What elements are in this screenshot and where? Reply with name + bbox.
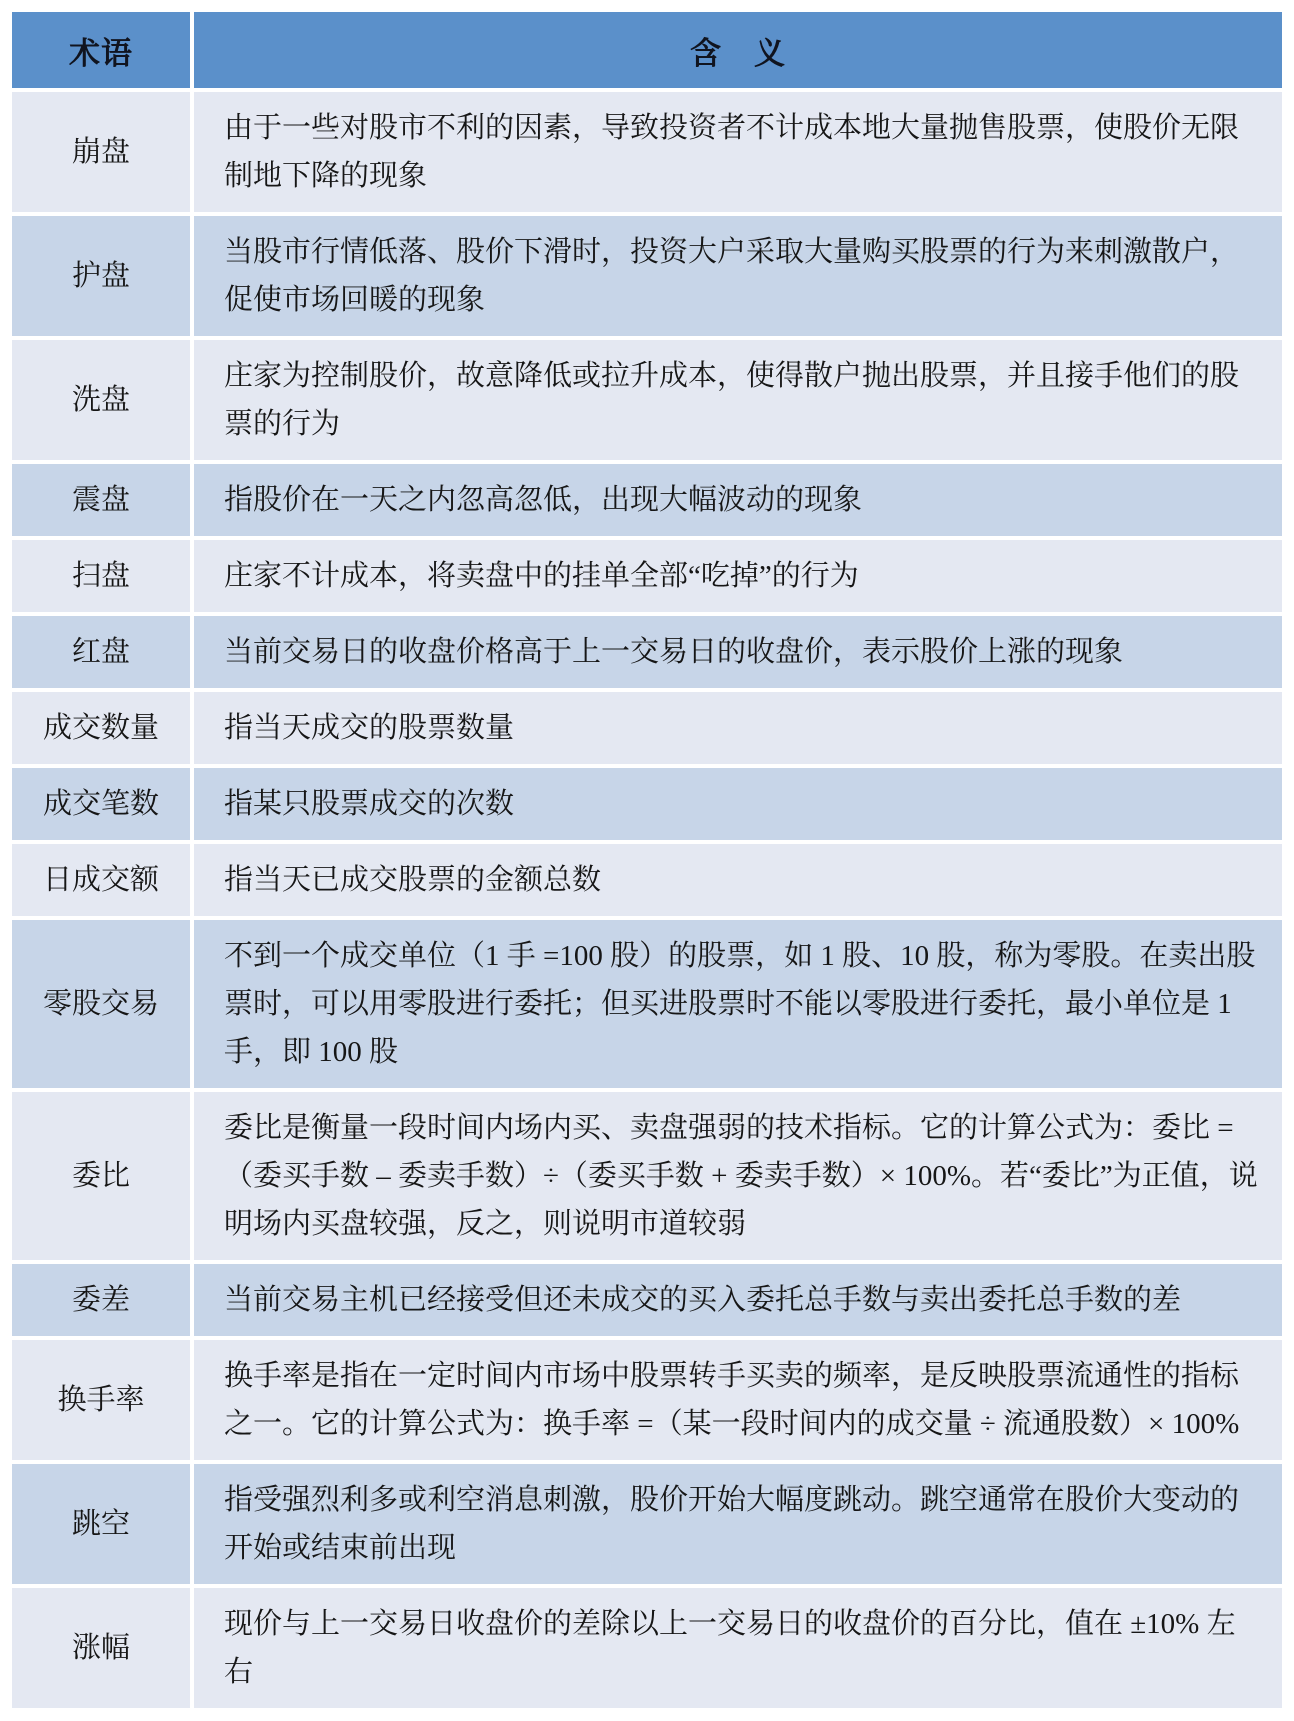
definition-cell: 当前交易主机已经接受但还未成交的买入委托总手数与卖出委托总手数的差 (194, 1264, 1282, 1336)
definition-cell: 由于一些对股市不利的因素，导致投资者不计成本地大量抛售股票，使股价无限制地下降的… (194, 92, 1282, 212)
term-cell: 日成交额 (12, 844, 190, 916)
header-term: 术语 (12, 12, 190, 88)
definition-cell: 庄家为控制股价，故意降低或拉升成本，使得散户抛出股票，并且接手他们的股票的行为 (194, 340, 1282, 460)
term-cell: 零股交易 (12, 920, 190, 1088)
definition-cell: 换手率是指在一定时间内市场中股票转手买卖的频率，是反映股票流通性的指标之一。它的… (194, 1340, 1282, 1460)
table-row: 委比 委比是衡量一段时间内场内买、卖盘强弱的技术指标。它的计算公式为：委比 =（… (12, 1092, 1282, 1260)
table-row: 换手率 换手率是指在一定时间内市场中股票转手买卖的频率，是反映股票流通性的指标之… (12, 1340, 1282, 1460)
term-cell: 委差 (12, 1264, 190, 1336)
definition-cell: 指股价在一天之内忽高忽低，出现大幅波动的现象 (194, 464, 1282, 536)
definition-cell: 庄家不计成本，将卖盘中的挂单全部“吃掉”的行为 (194, 540, 1282, 612)
term-cell: 成交笔数 (12, 768, 190, 840)
stock-terms-table: 术语 含 义 崩盘 由于一些对股市不利的因素，导致投资者不计成本地大量抛售股票，… (8, 8, 1286, 1712)
definition-cell: 指受强烈利多或利空消息刺激，股价开始大幅度跳动。跳空通常在股价大变动的开始或结束… (194, 1464, 1282, 1584)
page: 术语 含 义 崩盘 由于一些对股市不利的因素，导致投资者不计成本地大量抛售股票，… (0, 0, 1294, 1721)
table-header: 术语 含 义 (12, 12, 1282, 88)
term-cell: 崩盘 (12, 92, 190, 212)
table-row: 日成交额 指当天已成交股票的金额总数 (12, 844, 1282, 916)
table-row: 跳空 指受强烈利多或利空消息刺激，股价开始大幅度跳动。跳空通常在股价大变动的开始… (12, 1464, 1282, 1584)
header-row: 术语 含 义 (12, 12, 1282, 88)
table-row: 成交笔数 指某只股票成交的次数 (12, 768, 1282, 840)
definition-cell: 指某只股票成交的次数 (194, 768, 1282, 840)
header-meaning: 含 义 (194, 12, 1282, 88)
table-row: 红盘 当前交易日的收盘价格高于上一交易日的收盘价，表示股价上涨的现象 (12, 616, 1282, 688)
term-cell: 涨幅 (12, 1588, 190, 1708)
term-cell: 成交数量 (12, 692, 190, 764)
table-row: 震盘 指股价在一天之内忽高忽低，出现大幅波动的现象 (12, 464, 1282, 536)
table-row: 护盘 当股市行情低落、股价下滑时，投资大户采取大量购买股票的行为来刺激散户，促使… (12, 216, 1282, 336)
definition-cell: 当股市行情低落、股价下滑时，投资大户采取大量购买股票的行为来刺激散户，促使市场回… (194, 216, 1282, 336)
term-cell: 委比 (12, 1092, 190, 1260)
definition-cell: 指当天成交的股票数量 (194, 692, 1282, 764)
definition-cell: 现价与上一交易日收盘价的差除以上一交易日的收盘价的百分比，值在 ±10% 左右 (194, 1588, 1282, 1708)
table-row: 零股交易 不到一个成交单位（1 手 =100 股）的股票，如 1 股、10 股，… (12, 920, 1282, 1088)
term-cell: 震盘 (12, 464, 190, 536)
table-row: 成交数量 指当天成交的股票数量 (12, 692, 1282, 764)
term-cell: 扫盘 (12, 540, 190, 612)
term-cell: 红盘 (12, 616, 190, 688)
table-row: 崩盘 由于一些对股市不利的因素，导致投资者不计成本地大量抛售股票，使股价无限制地… (12, 92, 1282, 212)
table-row: 委差 当前交易主机已经接受但还未成交的买入委托总手数与卖出委托总手数的差 (12, 1264, 1282, 1336)
table-body: 崩盘 由于一些对股市不利的因素，导致投资者不计成本地大量抛售股票，使股价无限制地… (12, 92, 1282, 1708)
definition-cell: 不到一个成交单位（1 手 =100 股）的股票，如 1 股、10 股，称为零股。… (194, 920, 1282, 1088)
definition-cell: 当前交易日的收盘价格高于上一交易日的收盘价，表示股价上涨的现象 (194, 616, 1282, 688)
table-row: 洗盘 庄家为控制股价，故意降低或拉升成本，使得散户抛出股票，并且接手他们的股票的… (12, 340, 1282, 460)
term-cell: 护盘 (12, 216, 190, 336)
table-row: 涨幅 现价与上一交易日收盘价的差除以上一交易日的收盘价的百分比，值在 ±10% … (12, 1588, 1282, 1708)
definition-cell: 指当天已成交股票的金额总数 (194, 844, 1282, 916)
term-cell: 跳空 (12, 1464, 190, 1584)
term-cell: 洗盘 (12, 340, 190, 460)
table-row: 扫盘 庄家不计成本，将卖盘中的挂单全部“吃掉”的行为 (12, 540, 1282, 612)
definition-cell: 委比是衡量一段时间内场内买、卖盘强弱的技术指标。它的计算公式为：委比 =（委买手… (194, 1092, 1282, 1260)
term-cell: 换手率 (12, 1340, 190, 1460)
